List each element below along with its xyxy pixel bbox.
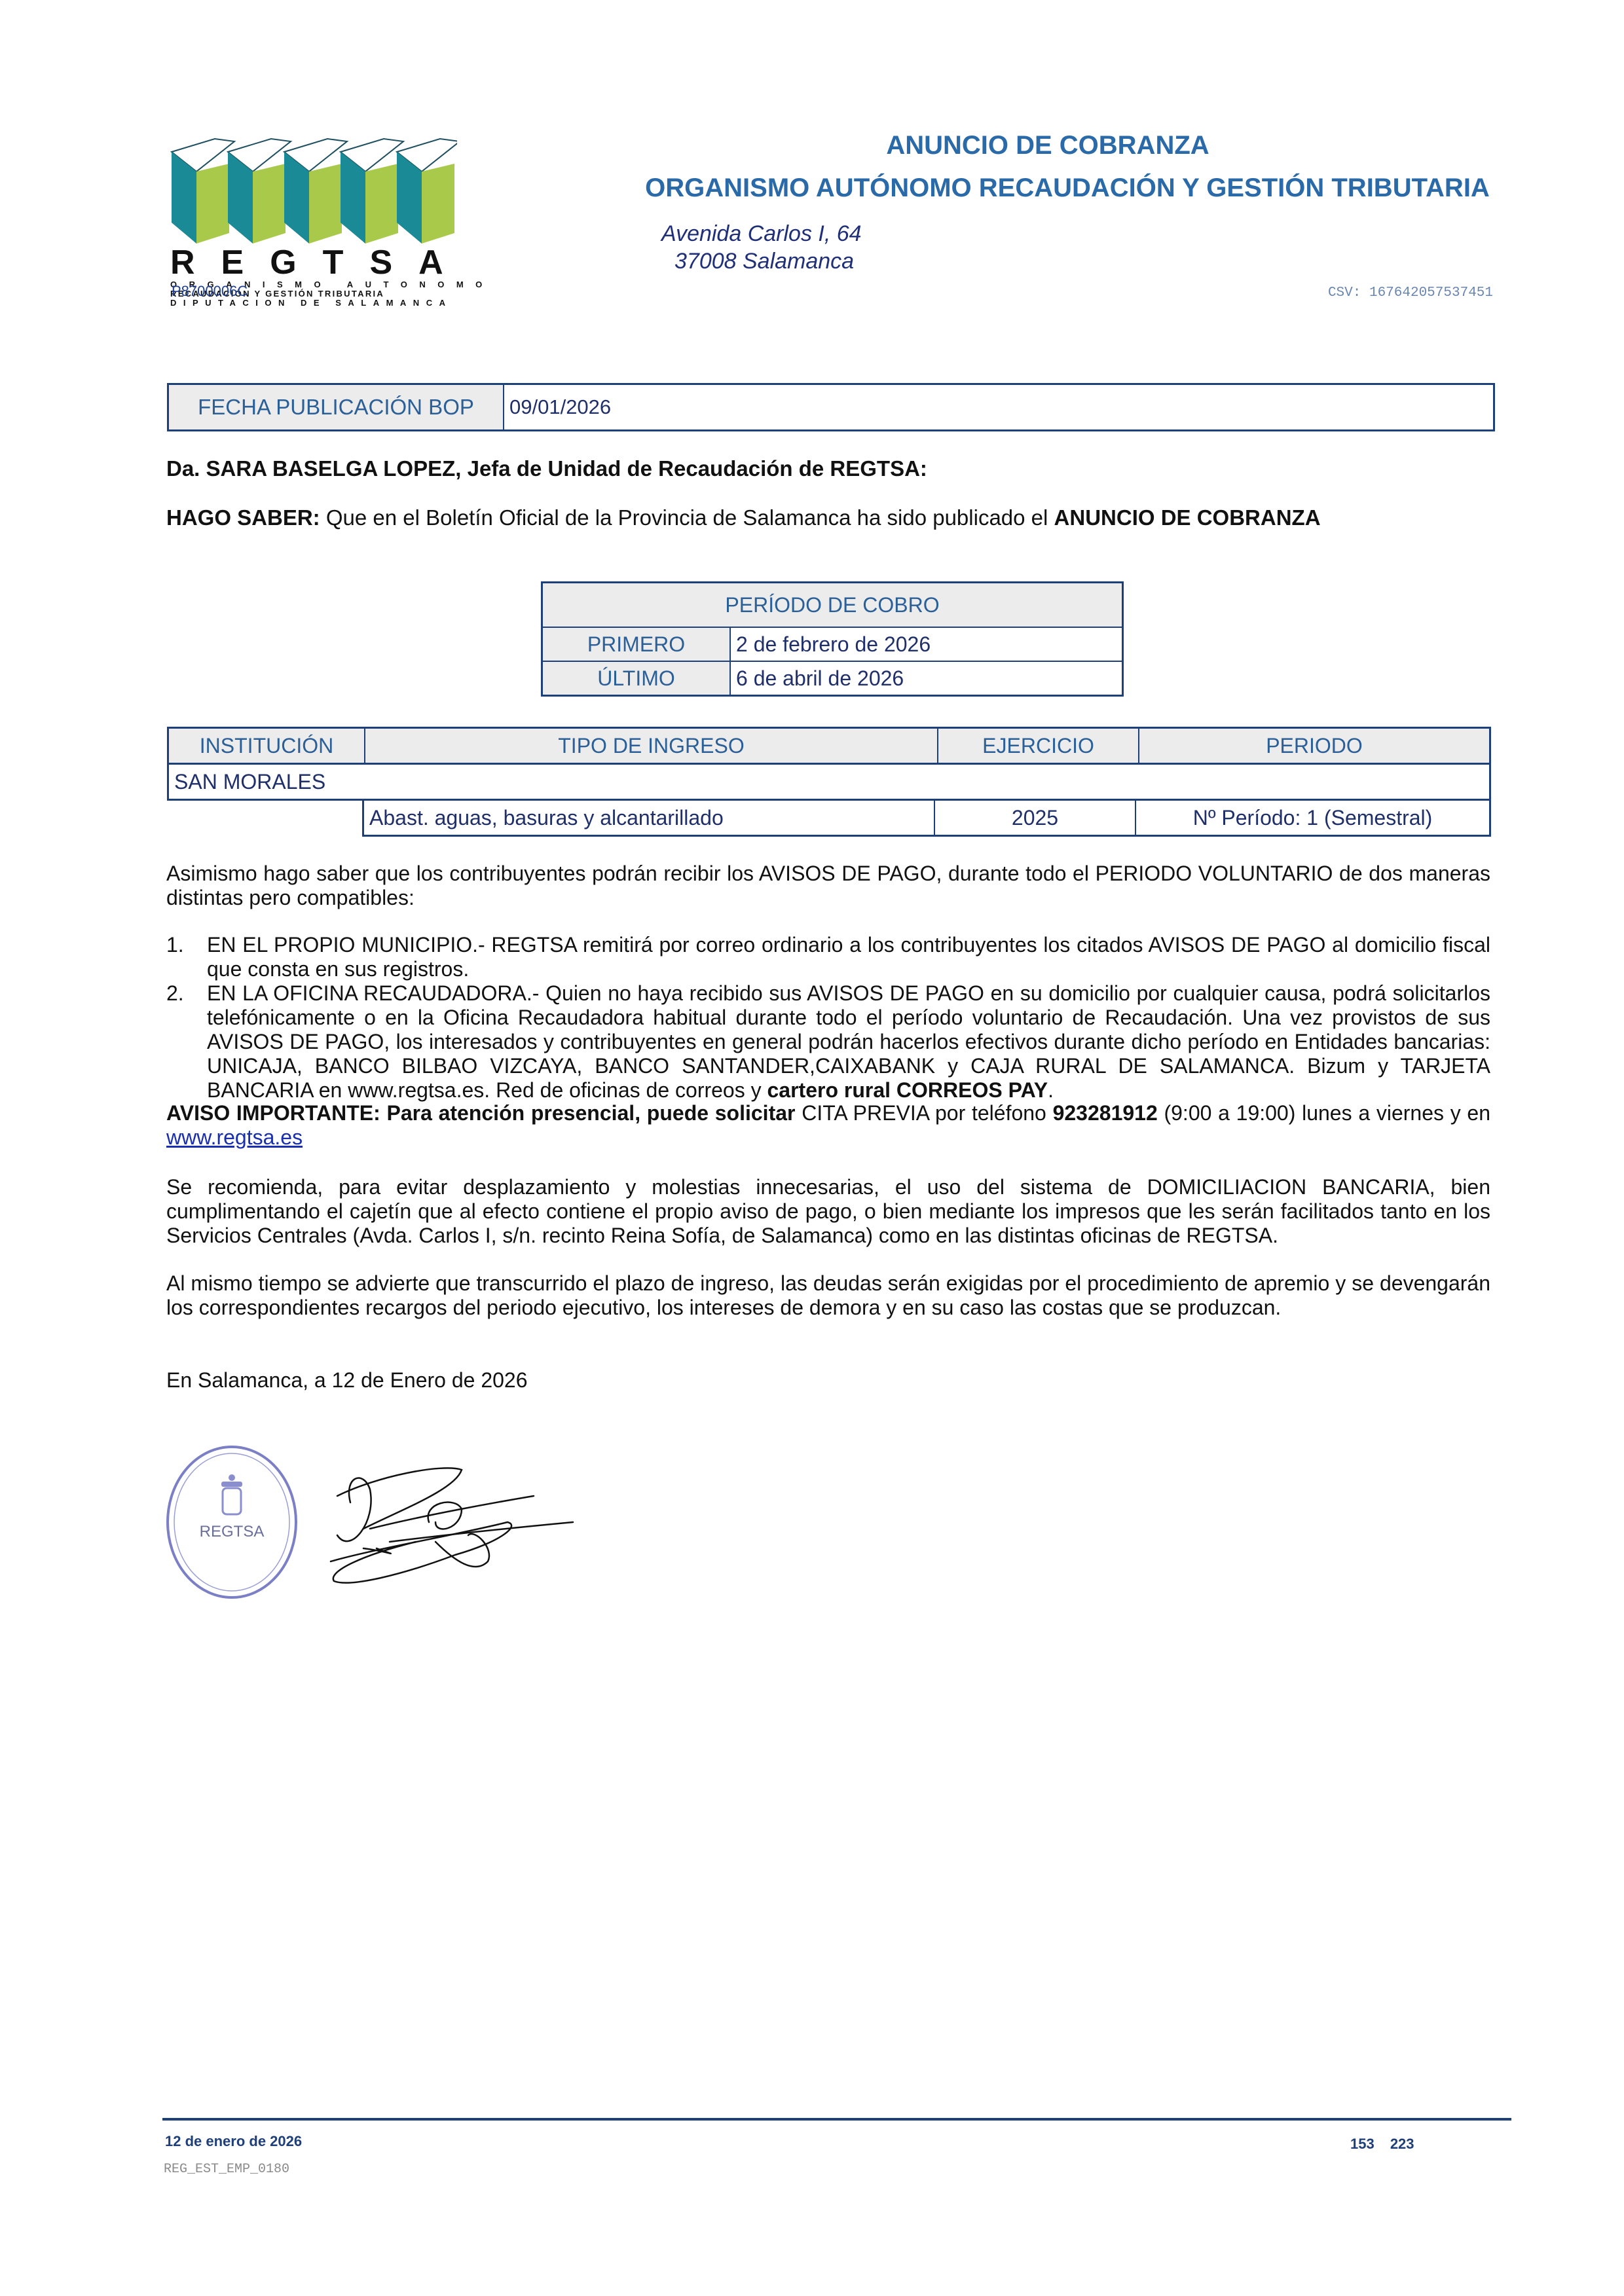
regtsa-logo: REGTSA ORGANISMO AUTONOMO RECAUDACIÓN Y … (169, 124, 457, 301)
list-number: 1. (166, 933, 207, 981)
list-number: 2. (166, 981, 207, 1102)
periodo-cobro-table: PERÍODO DE COBRO PRIMERO 2 de febrero de… (541, 581, 1124, 697)
periodo-primero-label: PRIMERO (542, 627, 731, 661)
logo-code: P8700006C (172, 283, 248, 300)
aviso-phone: 923281912 (1053, 1101, 1158, 1125)
address-line-1: Avenida Carlos I, 64 (661, 221, 862, 247)
list-text-end: . (1048, 1078, 1054, 1102)
institution-name: SAN MORALES (167, 765, 1491, 801)
hago-saber-emphasis: ANUNCIO DE COBRANZA (1054, 505, 1321, 530)
logo-subtitle-3: DIPUTACION DE SALAMANCA (170, 299, 458, 308)
csv-code: CSV: 167642057537451 (1328, 285, 1493, 301)
official-seal-icon: REGTSA (165, 1444, 299, 1601)
footer-date: 12 de enero de 2026 (165, 2133, 302, 2150)
periodo-ultimo-label: ÚLTIMO (542, 661, 731, 696)
hago-saber-line: HAGO SABER: Que en el Boletín Oficial de… (166, 505, 1321, 530)
signer-line: Da. SARA BASELGA LOPEZ, Jefa de Unidad d… (166, 456, 927, 481)
signature-icon (324, 1450, 586, 1601)
aviso-bold: AVISO IMPORTANTE: Para atención presenci… (166, 1101, 795, 1125)
header-institucion: INSTITUCIÓN (169, 729, 365, 763)
address-line-2: 37008 Salamanca (674, 249, 854, 274)
periodo-primero-value: 2 de febrero de 2026 (730, 627, 1123, 661)
cell-periodo: Nº Período: 1 (Semestral) (1136, 801, 1489, 835)
hago-saber-lead: HAGO SABER: (166, 505, 320, 530)
periodo-ultimo-value: 6 de abril de 2026 (730, 661, 1123, 696)
footer-page-numbers: 153 223 (1350, 2136, 1414, 2153)
institucion-table: INSTITUCIÓN TIPO DE INGRESO EJERCICIO PE… (167, 727, 1491, 837)
header-tipo-ingreso: TIPO DE INGRESO (365, 729, 938, 763)
document-title: ANUNCIO DE COBRANZA (819, 131, 1277, 160)
place-date: En Salamanca, a 12 de Enero de 2026 (166, 1368, 528, 1393)
regtsa-link[interactable]: www.regtsa.es (166, 1125, 303, 1149)
organization-name: ORGANISMO AUTÓNOMO RECAUDACIÓN Y GESTIÓN… (625, 173, 1509, 203)
list-item: 2. EN LA OFICINA RECAUDADORA.- Quien no … (166, 981, 1490, 1102)
logo-wordmark: REGTSA (170, 246, 458, 280)
list-item: 1. EN EL PROPIO MUNICIPIO.- REGTSA remit… (166, 933, 1490, 981)
table-header-row: INSTITUCIÓN TIPO DE INGRESO EJERCICIO PE… (167, 727, 1491, 765)
svg-text:REGTSA: REGTSA (200, 1523, 265, 1540)
cell-tipo-ingreso: Abast. aguas, basuras y alcantarillado (364, 801, 935, 835)
paragraph-asimismo: Asimismo hago saber que los contribuyent… (166, 862, 1490, 910)
paragraph-recomienda: Se recomienda, para evitar desplazamient… (166, 1175, 1490, 1248)
footer-document-code: REG_EST_EMP_0180 (164, 2162, 289, 2177)
periodo-cobro-title: PERÍODO DE COBRO (542, 583, 1123, 628)
paragraph-advierte: Al mismo tiempo se advierte que transcur… (166, 1271, 1490, 1320)
footer-divider (162, 2118, 1511, 2121)
list-text: EN LA OFICINA RECAUDADORA.- Quien no hay… (207, 981, 1490, 1102)
hago-saber-text: Que en el Boletín Oficial de la Provinci… (320, 505, 1054, 530)
books-logo-icon (169, 124, 457, 249)
list-text: EN EL PROPIO MUNICIPIO.- REGTSA remitirá… (207, 933, 1490, 981)
header-periodo: PERIODO (1139, 729, 1489, 763)
aviso-importante: AVISO IMPORTANTE: Para atención presenci… (166, 1101, 1490, 1150)
aviso-tail: (9:00 a 19:00) lunes a viernes y en (1158, 1101, 1490, 1125)
table-row: Abast. aguas, basuras y alcantarillado 2… (362, 801, 1491, 837)
table-row: ÚLTIMO 6 de abril de 2026 (542, 661, 1123, 696)
table-row: PRIMERO 2 de febrero de 2026 (542, 627, 1123, 661)
payment-methods-list: 1. EN EL PROPIO MUNICIPIO.- REGTSA remit… (166, 933, 1490, 1102)
bop-publication-box: FECHA PUBLICACIÓN BOP 09/01/2026 (167, 383, 1495, 431)
list-text-bold: cartero rural CORREOS PAY (767, 1078, 1048, 1102)
bop-label: FECHA PUBLICACIÓN BOP (169, 385, 504, 429)
header-ejercicio: EJERCICIO (938, 729, 1139, 763)
cell-ejercicio: 2025 (935, 801, 1136, 835)
bop-date: 09/01/2026 (504, 385, 611, 429)
aviso-mid: CITA PREVIA por teléfono (795, 1101, 1052, 1125)
